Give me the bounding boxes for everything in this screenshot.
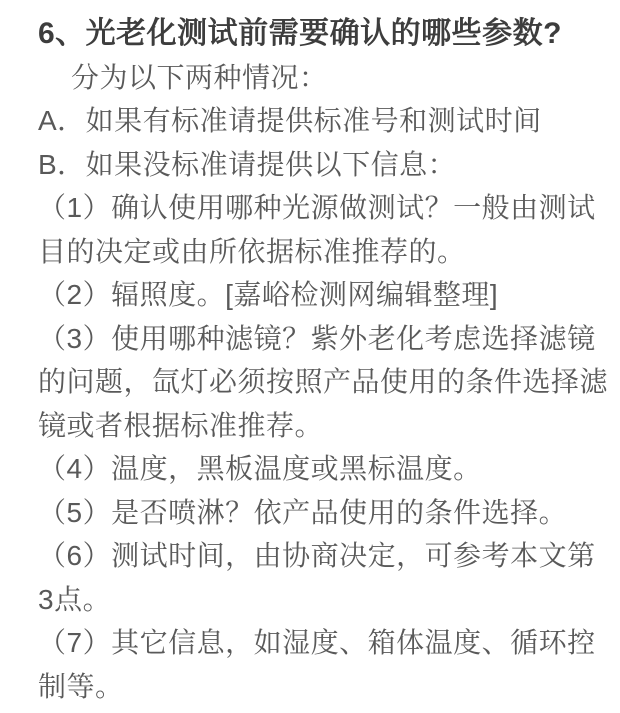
article-body: 6、光老化测试前需要确认的哪些参数? 分为以下两种情况： A．如果有标准请提供标…: [0, 0, 620, 713]
item-1-line-1: （1）确认使用哪种光源做测试？一般由测试: [38, 186, 612, 230]
case-b-line: B．如果没标准请提供以下信息：: [38, 143, 612, 187]
item-2-line: （2）辐照度。[嘉峪检测网编辑整理]: [38, 273, 612, 317]
case-a-line: A．如果有标准请提供标准号和测试时间: [38, 99, 612, 143]
item-4-line: （4）温度，黑板温度或黑标温度。: [38, 447, 612, 491]
article-title: 6、光老化测试前需要确认的哪些参数?: [38, 12, 612, 56]
item-3-line-1: （3）使用哪种滤镜？紫外老化考虑选择滤镜: [38, 317, 612, 361]
intro-line: 分为以下两种情况：: [38, 56, 612, 100]
item-5-line: （5）是否喷淋？依产品使用的条件选择。: [38, 491, 612, 535]
item-3-line-3: 镜或者根据标准推荐。: [38, 404, 612, 448]
item-3-line-2: 的问题，氙灯必须按照产品使用的条件选择滤: [38, 360, 612, 404]
item-7-line-2: 制等。: [38, 665, 612, 709]
item-6-line-1: （6）测试时间，由协商决定，可参考本文第: [38, 534, 612, 578]
item-6-line-2: 3点。: [38, 578, 612, 622]
item-7-line-1: （7）其它信息，如湿度、箱体温度、循环控: [38, 621, 612, 665]
item-1-line-2: 目的决定或由所依据标准推荐的。: [38, 230, 612, 274]
